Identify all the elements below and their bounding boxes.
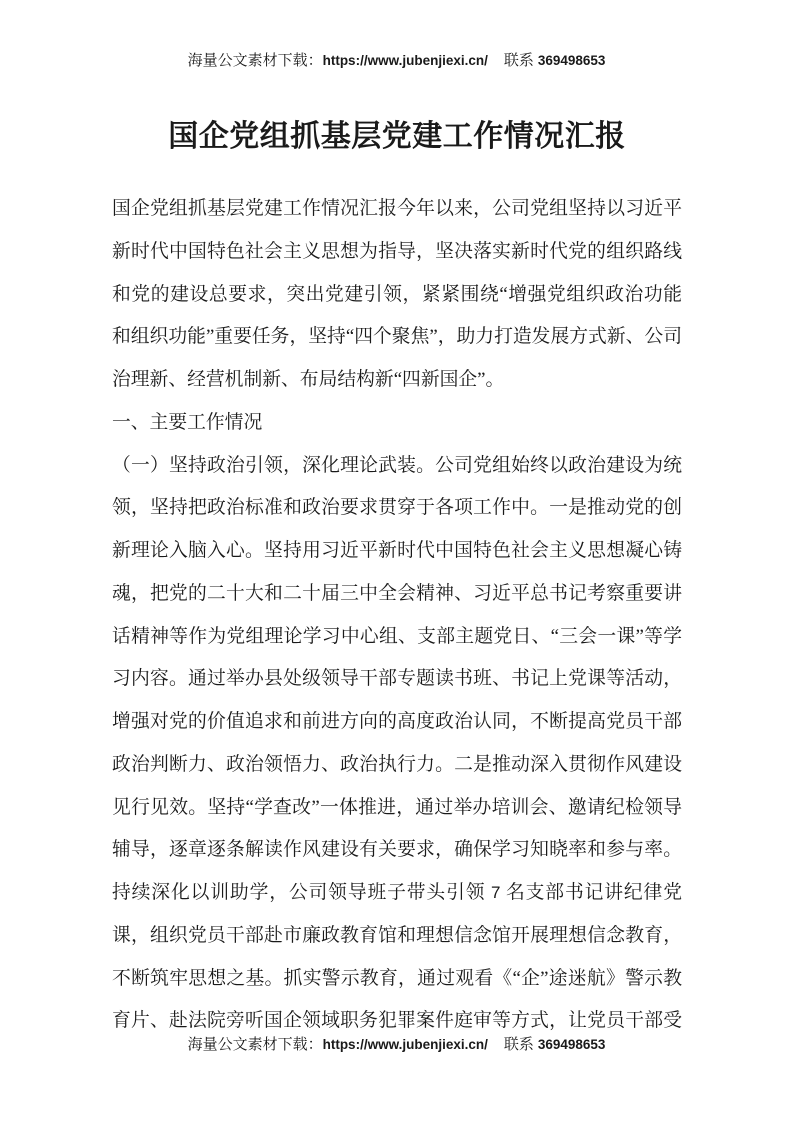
header-note: 海量公文素材下载：https://www.jubenjiexi.cn/联系369… (0, 50, 793, 72)
header-contact-label: 联系 (504, 53, 534, 69)
footer-source-label: 海量公文素材下载： (188, 1037, 323, 1053)
inline-number: 7 (491, 883, 500, 902)
paragraph-section1: （一）坚持政治引领，深化理论武装。公司党组始终以政治建设为统领，坚持把政治标准和… (112, 445, 682, 1036)
document-body: 国企党组抓基层党建工作情况汇报 国企党组抓基层党建工作情况汇报今年以来，公司党组… (112, 112, 682, 1035)
header-contact-number: 369498653 (538, 53, 606, 68)
header-source-label: 海量公文素材下载： (188, 53, 323, 69)
paragraph-text-part2: 名支部书记讲纪律党课，组织党员干部赴市廉政教育馆和理想信念馆开展理想信念教育，不… (112, 882, 682, 1035)
footer-contact-number: 369498653 (538, 1037, 606, 1052)
document-page: 海量公文素材下载：https://www.jubenjiexi.cn/联系369… (0, 0, 793, 1122)
footer-url: https://www.jubenjiexi.cn/ (323, 1037, 488, 1052)
paragraph-text-part1: （一）坚持政治引领，深化理论武装。公司党组始终以政治建设为统领，坚持把政治标准和… (112, 455, 682, 904)
document-title: 国企党组抓基层党建工作情况汇报 (112, 112, 682, 162)
footer-contact-label: 联系 (504, 1037, 534, 1053)
paragraph-intro: 国企党组抓基层党建工作情况汇报今年以来，公司党组坚持以习近平新时代中国特色社会主… (112, 188, 682, 402)
section-heading-1: 一、主要工作情况 (112, 402, 682, 445)
header-url: https://www.jubenjiexi.cn/ (323, 53, 488, 68)
footer-note: 海量公文素材下载：https://www.jubenjiexi.cn/联系369… (0, 1034, 793, 1056)
